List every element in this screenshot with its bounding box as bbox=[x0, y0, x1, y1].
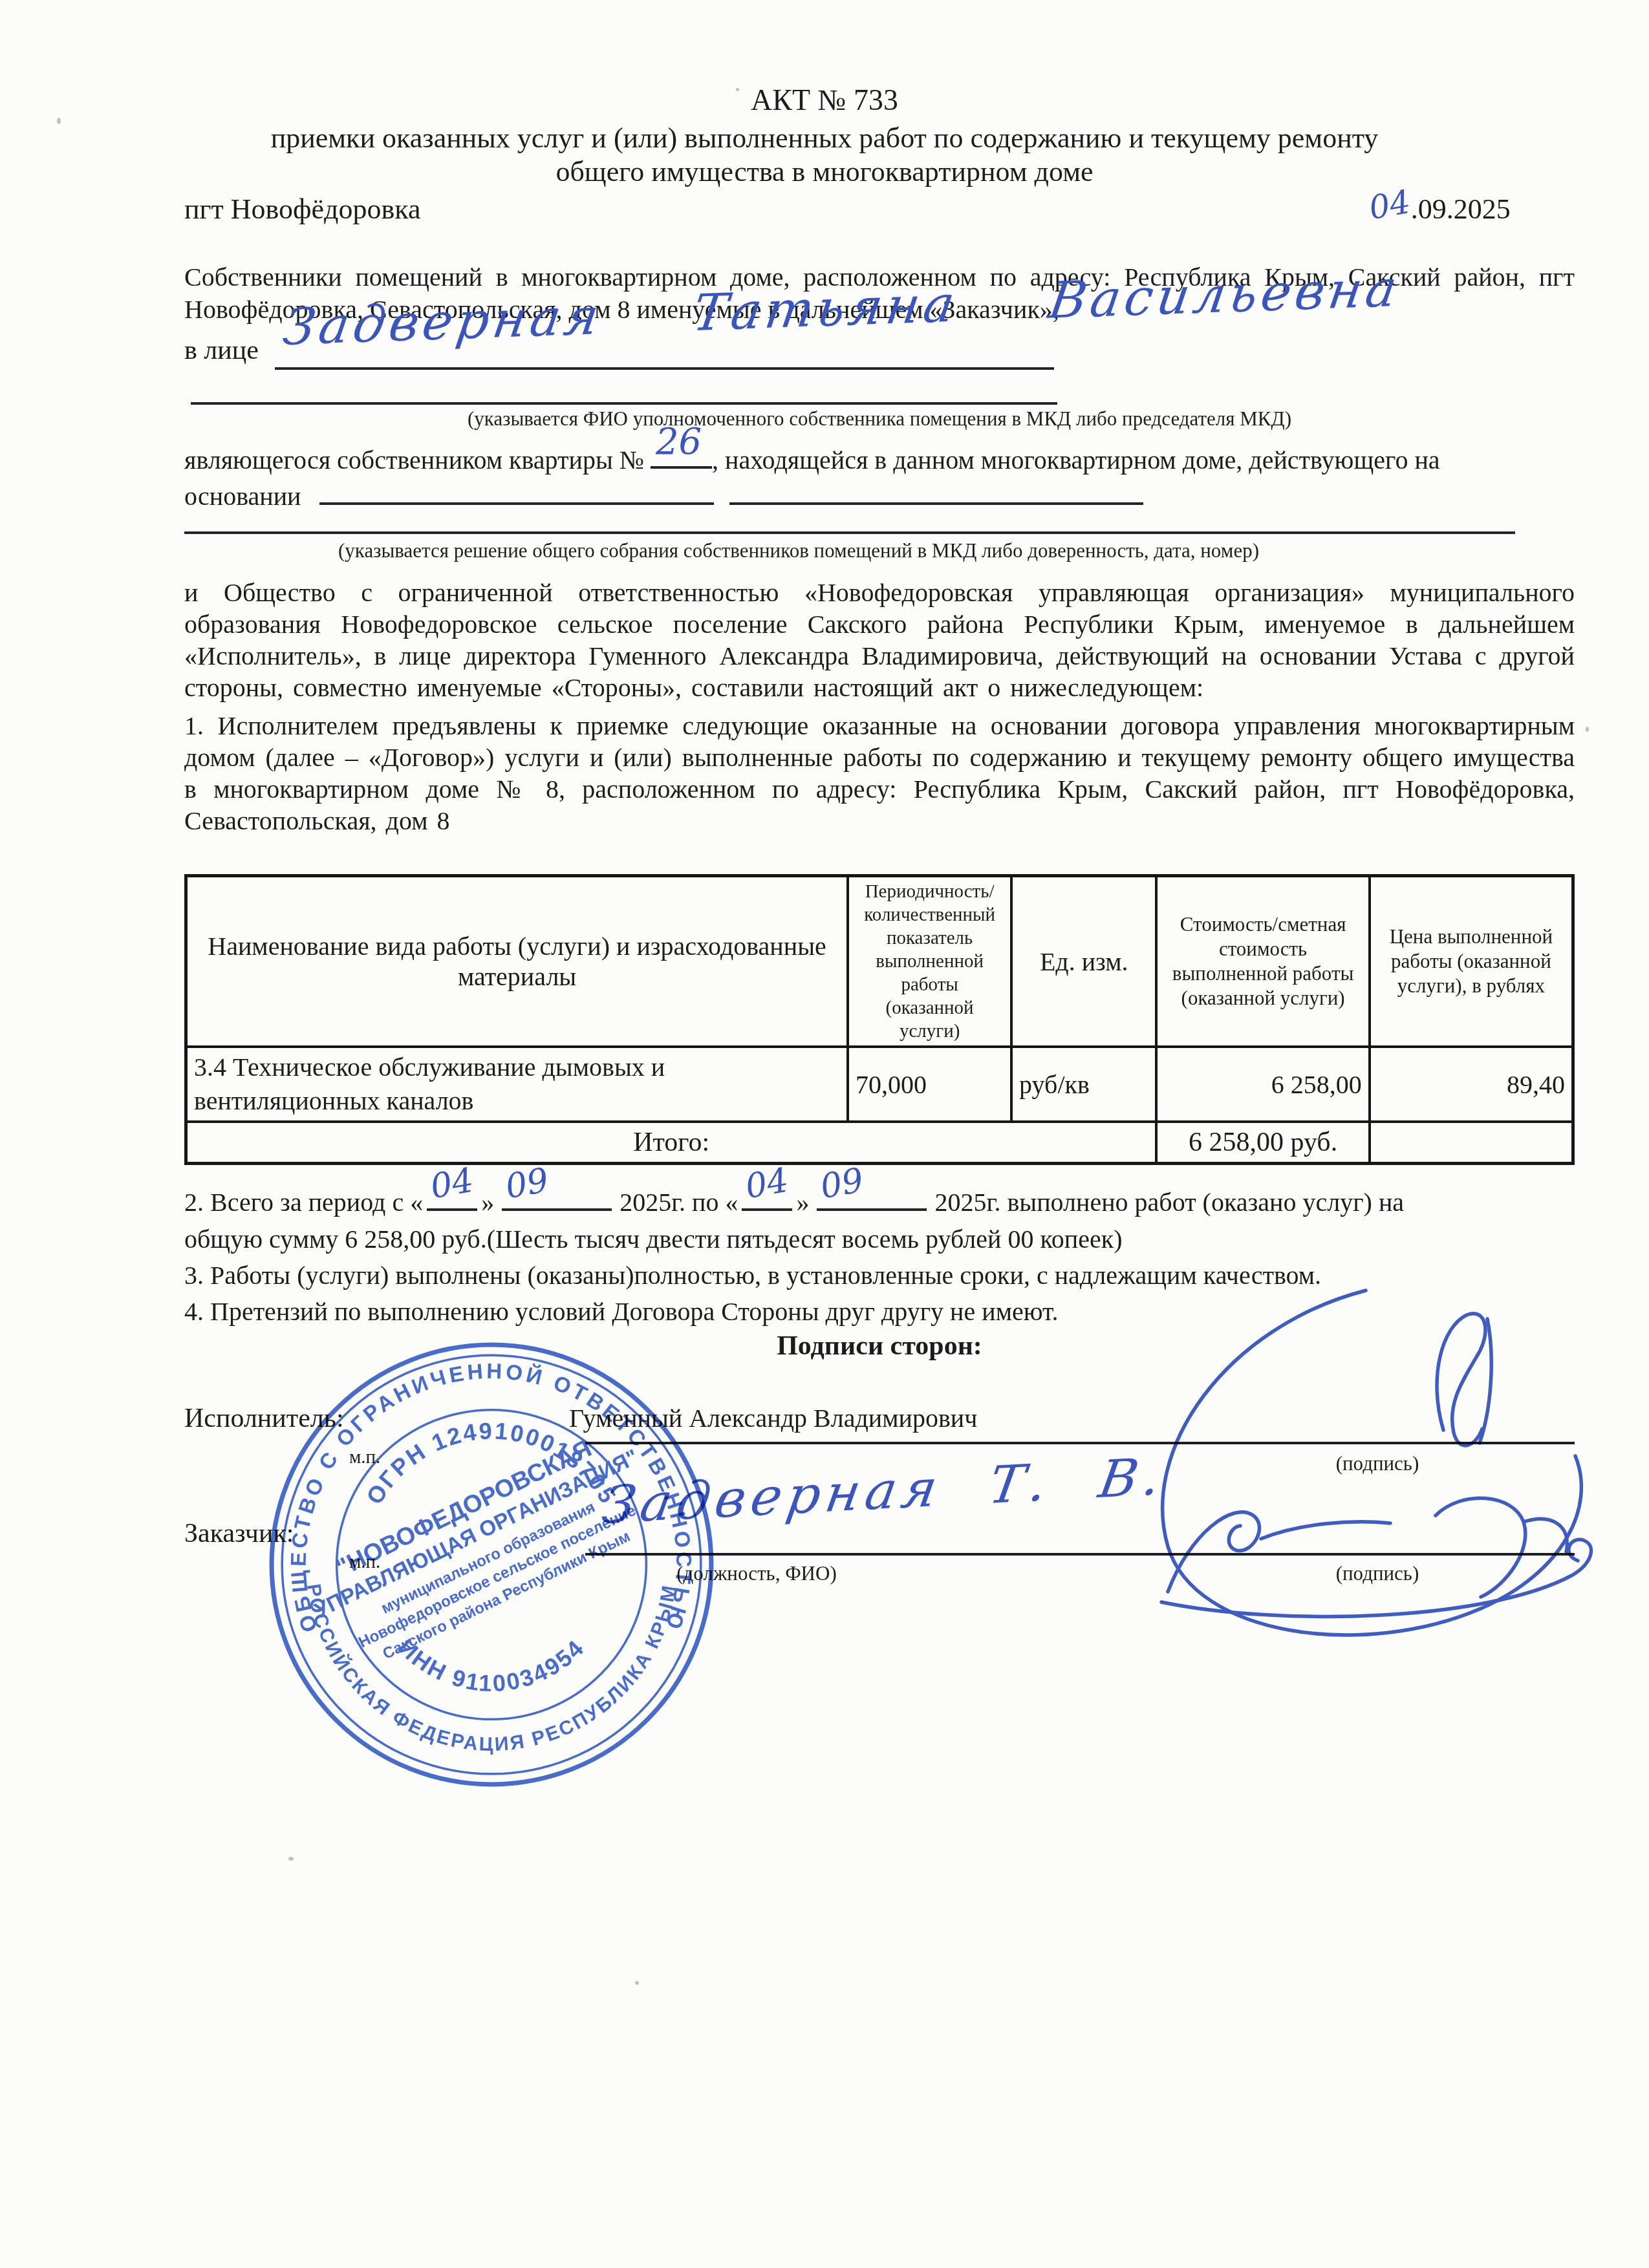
apartment-number-blank: 26 bbox=[651, 460, 712, 469]
handwritten-apartment-number: 26 bbox=[656, 421, 702, 463]
blank-month-from: 09 bbox=[502, 1202, 612, 1211]
clause2-tail: 2025г. выполнено работ (оказано услуг) н… bbox=[934, 1188, 1404, 1217]
clause2-mid: 2025г. по « bbox=[620, 1188, 738, 1217]
col-header-name: Наименование вида работы (услуги) и изра… bbox=[186, 876, 848, 1047]
fio-blank-line-2 bbox=[191, 374, 1057, 405]
clause2-quote2: » bbox=[796, 1188, 809, 1217]
owner-apartment-line: являющегося собственником квартиры № 26 … bbox=[184, 445, 1440, 475]
osnovanii-label: основании bbox=[184, 482, 301, 511]
scan-speck bbox=[635, 1981, 639, 1985]
blank-day-to: 04 bbox=[742, 1202, 792, 1211]
service-cost-cell: 6 258,00 bbox=[1156, 1047, 1369, 1122]
service-price-cell: 89,40 bbox=[1370, 1047, 1573, 1122]
scan-speck bbox=[1586, 727, 1589, 732]
blank-month-to: 09 bbox=[817, 1202, 927, 1211]
clause2-pre: 2. Всего за период с « bbox=[184, 1188, 423, 1217]
osnovanii-blank-fullwidth bbox=[184, 509, 1515, 534]
customer-signature-flourish bbox=[1161, 1539, 1591, 1616]
customer-signature-oval-stroke bbox=[1163, 1290, 1582, 1635]
customer-signature-stroke-3 bbox=[1436, 1498, 1567, 1597]
company-stamp: ОБЩЕСТВО С ОГРАНИЧЕННОЙ ОТВЕТСТВЕННОСТЬЮ… bbox=[264, 1337, 719, 1792]
total-label-cell: Итого: bbox=[186, 1122, 1157, 1163]
party2-paragraph: и Общество с ограниченной ответственност… bbox=[184, 577, 1575, 703]
col-header-periodicity: Периодичность/количественный показатель … bbox=[848, 876, 1011, 1047]
osnovanii-blank-2 bbox=[729, 496, 1143, 505]
owner-text-pre: являющегося собственником квартиры № bbox=[184, 445, 644, 475]
col-header-unit: Ед. изм. bbox=[1011, 876, 1156, 1047]
col-header-cost: Стоимость/сметная стоимость выполненной … bbox=[1156, 876, 1369, 1047]
blank-day-from: 04 bbox=[427, 1202, 477, 1211]
doc-date: 04.09.2025 bbox=[1370, 189, 1511, 226]
clause2-quote1: » bbox=[481, 1188, 494, 1217]
executor-signature-stroke bbox=[1437, 1314, 1485, 1446]
v-lice-label: в лице bbox=[184, 335, 259, 366]
handwritten-month-from: 09 bbox=[502, 1161, 552, 1207]
service-unit-cell: руб/кв bbox=[1011, 1047, 1156, 1122]
table-row: 3.4 Техническое обслуживание дымовых и в… bbox=[186, 1047, 1573, 1122]
handwritten-day-from: 04 bbox=[427, 1161, 477, 1207]
caption-fio: (указывается ФИО уполномоченного собстве… bbox=[184, 407, 1575, 431]
doc-place: пгт Новофёдоровка bbox=[184, 193, 421, 226]
clause2-line2: общую сумму 6 258,00 руб.(Шесть тысяч дв… bbox=[184, 1223, 1575, 1256]
handwritten-signatures bbox=[1099, 1254, 1649, 1681]
osnovanii-blank-1 bbox=[319, 496, 714, 505]
table-header-row: Наименование вида работы (услуги) и изра… bbox=[186, 876, 1573, 1047]
clause2-line1: 2. Всего за период с «04»092025г. по «04… bbox=[184, 1187, 1404, 1217]
col-header-price: Цена выполненной работы (оказанной услуг… bbox=[1370, 876, 1573, 1047]
scan-speck bbox=[288, 1857, 294, 1861]
total-empty-cell bbox=[1370, 1122, 1573, 1163]
scan-speck bbox=[736, 88, 739, 91]
handwritten-date-day: 04 bbox=[1366, 183, 1414, 227]
service-qty-cell: 70,000 bbox=[848, 1047, 1011, 1122]
owner-text-post: , находящейся в данном многоквартирном д… bbox=[712, 445, 1440, 475]
customer-signature-stroke bbox=[1168, 1512, 1260, 1592]
customer-signature-stroke-2 bbox=[1261, 1522, 1390, 1539]
osnovanii-line: основании bbox=[184, 481, 1143, 511]
services-table: Наименование вида работы (услуги) и изра… bbox=[184, 874, 1575, 1165]
total-value-cell: 6 258,00 руб. bbox=[1156, 1122, 1369, 1163]
handwritten-month-to: 09 bbox=[818, 1161, 867, 1207]
clause1-paragraph: 1. Исполнителем предъявлены к приемке сл… bbox=[184, 710, 1575, 837]
scanned-act-document: АКТ № 733 приемки оказанных услуг и (или… bbox=[0, 0, 1649, 2268]
scan-speck bbox=[57, 118, 61, 124]
handwritten-day-to: 04 bbox=[743, 1161, 792, 1207]
service-name-cell: 3.4 Техническое обслуживание дымовых и в… bbox=[186, 1047, 848, 1122]
doc-title-line2: приемки оказанных услуг и (или) выполнен… bbox=[0, 122, 1649, 155]
doc-title-number: АКТ № 733 bbox=[0, 83, 1649, 117]
caption-resolution: (указывается решение общего собрания соб… bbox=[184, 539, 1413, 562]
table-total-row: Итого: 6 258,00 руб. bbox=[186, 1122, 1573, 1163]
typed-date-rest: .09.2025 bbox=[1411, 193, 1511, 225]
